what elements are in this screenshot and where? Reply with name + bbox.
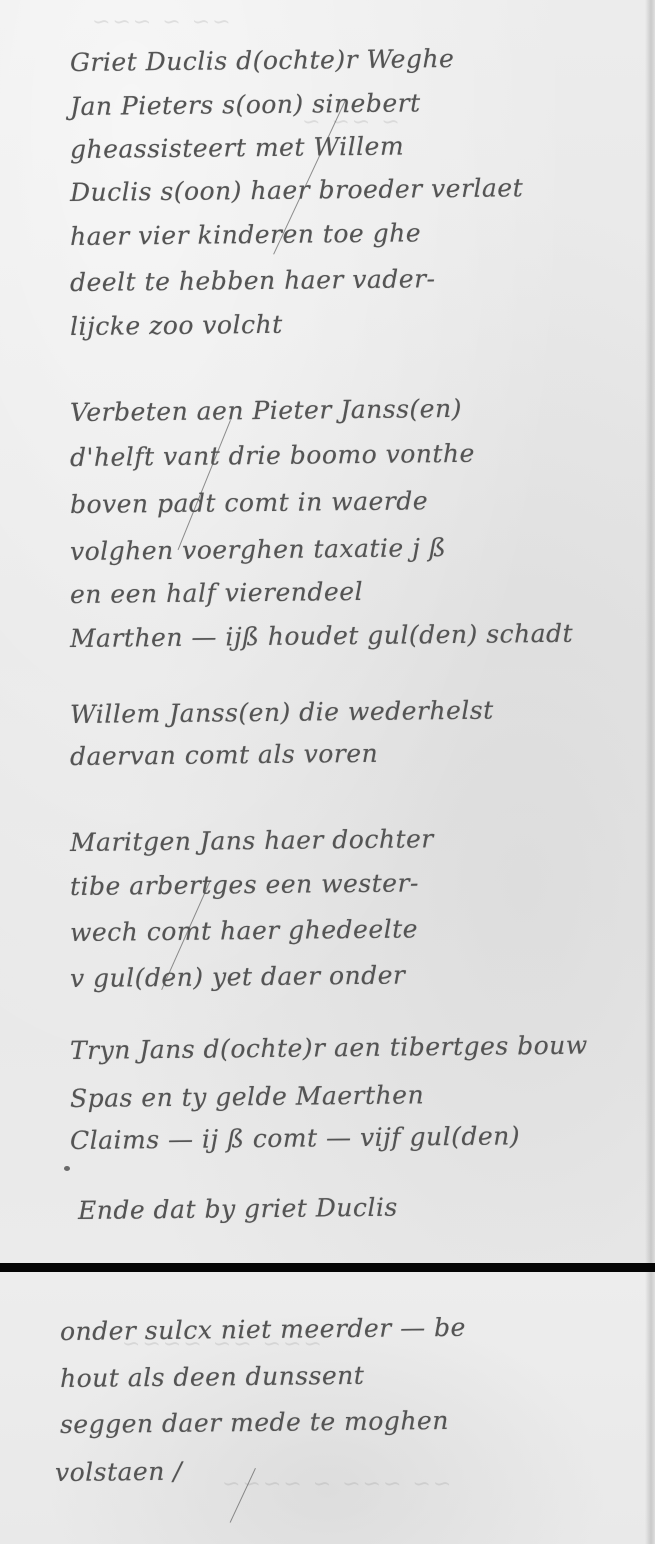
paper-edge bbox=[645, 0, 655, 1263]
manuscript-line: Griet Duclis d(ochte)r Weghe bbox=[70, 44, 455, 77]
manuscript-line: Verbeten aen Pieter Janss(en) bbox=[70, 394, 462, 427]
pen-stroke bbox=[178, 420, 231, 550]
manuscript-line: Jan Pieters s(oon) sinebert bbox=[70, 88, 421, 121]
manuscript-line: Ende dat by griet Duclis bbox=[78, 1193, 398, 1225]
manuscript-line: deelt te hebben haer vader- bbox=[70, 264, 436, 297]
manuscript-line: volghen voerghen taxatie j ß bbox=[70, 533, 446, 566]
manuscript-line: Marthen — ijß houdet gul(den) schadt bbox=[70, 619, 573, 653]
manuscript-line: Spas en ty gelde Maerthen bbox=[70, 1080, 424, 1113]
bleed-through-text: ~~ ~ ~~~ bbox=[90, 10, 231, 35]
manuscript-page-upper: ~~ ~ ~~~ ~ ~~ ~ Griet Duclis d(ochte)r W… bbox=[0, 0, 655, 1263]
manuscript-line: Tryn Jans d(ochte)r aen tibertges bouw bbox=[70, 1031, 588, 1065]
scan-separator-bar bbox=[0, 1263, 655, 1272]
paper-edge bbox=[645, 1272, 655, 1544]
manuscript-line: boven padt comt in waerde bbox=[70, 486, 428, 519]
bleed-through-text: ~~ ~~~ ~ ~~~~ bbox=[220, 1472, 451, 1497]
manuscript-line: Claims — ij ß comt — vijf gul(den) bbox=[70, 1121, 520, 1155]
manuscript-line: Maritgen Jans haer dochter bbox=[70, 824, 434, 857]
manuscript-line: tibe arbertges een wester- bbox=[70, 868, 419, 901]
manuscript-line: daervan comt als voren bbox=[70, 739, 378, 771]
manuscript-line: wech comt haer ghedeelte bbox=[70, 914, 418, 947]
manuscript-line: onder sulcx niet meerder — be bbox=[60, 1313, 466, 1346]
manuscript-line: d'helft vant drie boomo vonthe bbox=[70, 439, 475, 472]
manuscript-line: seggen daer mede te moghen bbox=[60, 1406, 449, 1439]
manuscript-line: v gul(den) yet daer onder bbox=[70, 960, 406, 993]
manuscript-line: hout als deen dunssent bbox=[60, 1361, 365, 1393]
ink-blot bbox=[64, 1166, 70, 1171]
manuscript-line: lijcke zoo volcht bbox=[70, 310, 283, 341]
manuscript-line: en een half vierendeel bbox=[70, 577, 363, 609]
manuscript-line: haer vier kinderen toe ghe bbox=[70, 218, 421, 251]
manuscript-page-lower: ~~~ ~~ ~~~~ ~~ ~~~ ~ ~~~~ onder sulcx ni… bbox=[0, 1272, 655, 1544]
manuscript-line: volstaen / bbox=[55, 1457, 183, 1487]
manuscript-line: Willem Janss(en) die wederhelst bbox=[70, 696, 494, 729]
manuscript-line: gheassisteert met Willem bbox=[70, 132, 404, 164]
